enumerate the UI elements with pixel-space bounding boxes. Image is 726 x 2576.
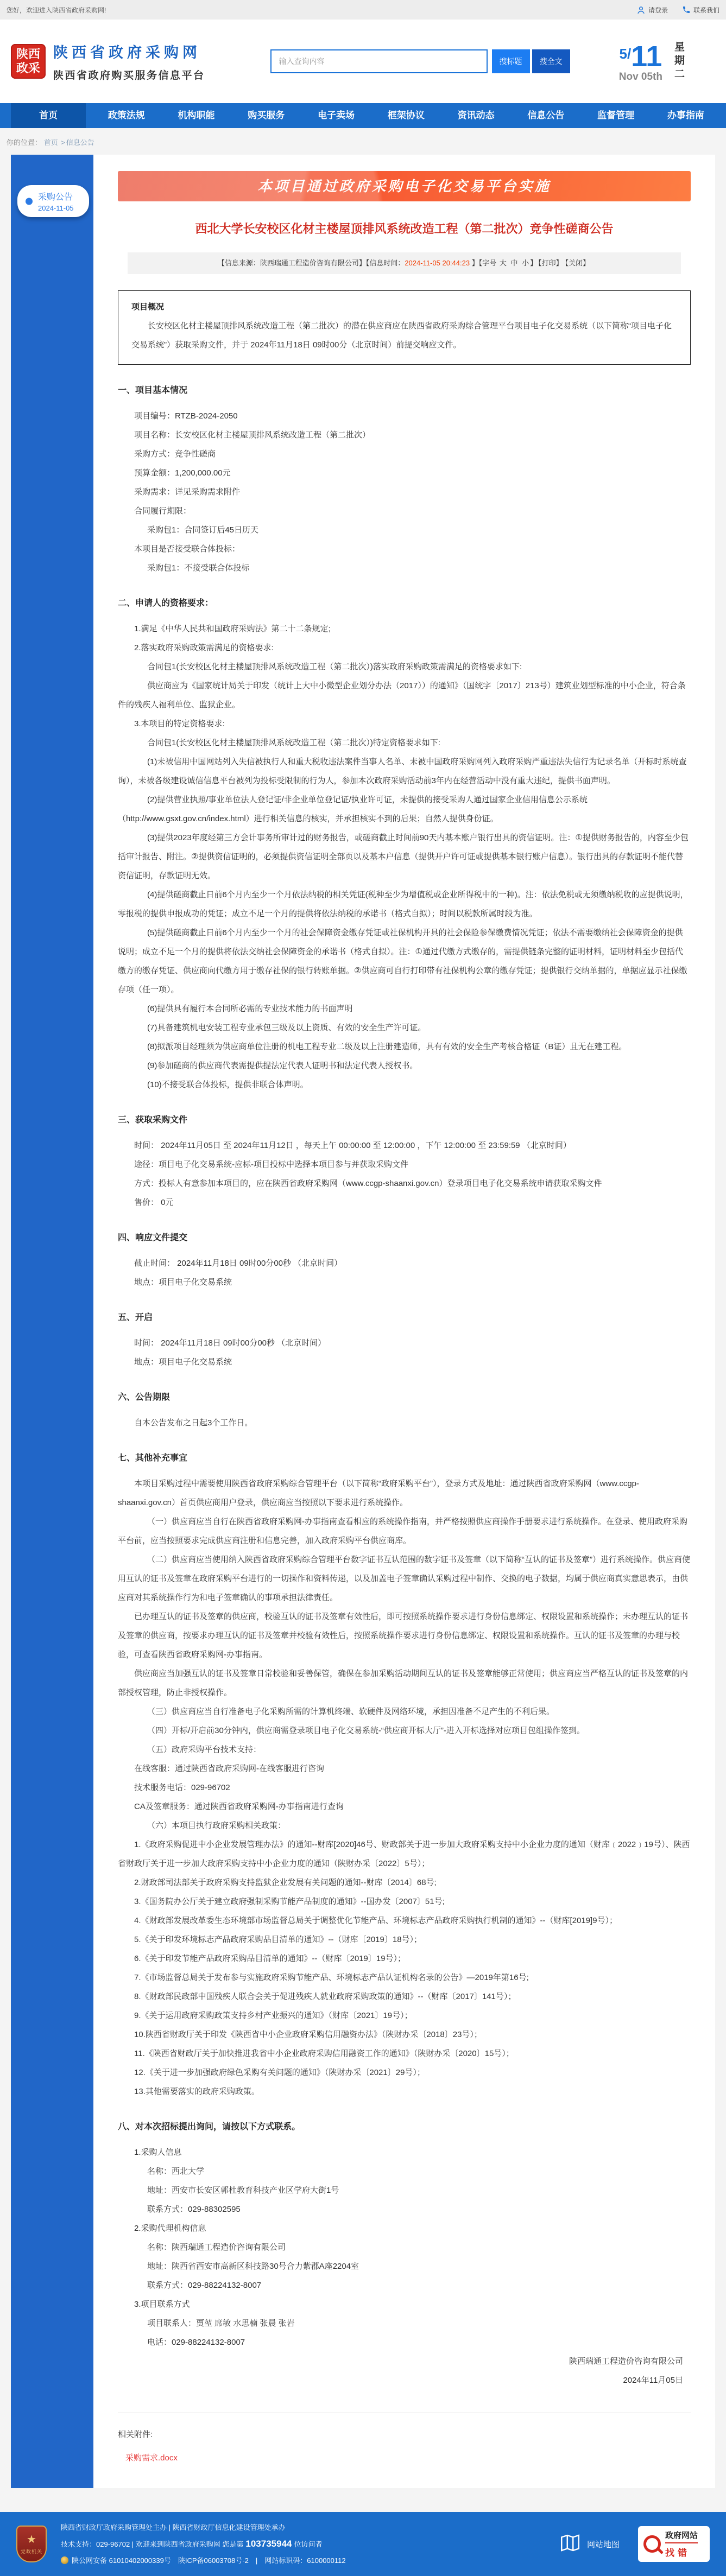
article-paragraph: 6.《关于印发节能产品政府采购品目清单的通知》--（财库〔2019〕19号）； [118,1949,691,1968]
article-paragraph: 1.满足《中华人民共和国政府采购法》第二十二条规定; [118,619,691,638]
article-paragraph: 联系方式：029-88302595 [118,2200,691,2219]
article-paragraph: 电话：029-88224132-8007 [118,2333,691,2352]
main-nav: 首页 政策法规 机构职能 购买服务 电子卖场 框架协议 资讯动态 信息公告 监督… [0,103,726,128]
overview-body: 长安校区化材主楼屋顶排风系统改造工程（第二批次）的潜在供应商应在陕西省政府采购综… [131,316,677,354]
website-error-report-badge[interactable]: 政府网站 找错 [638,2526,710,2562]
article-paragraph: 3.本项目的特定资格要求: [118,714,691,733]
article-paragraph: 2.财政部司法部关于政府采购支持监狱企业发展有关问题的通知--财库〔2014〕6… [118,1873,691,1892]
article-paragraph: (5)提供磋商截止日前6个月内至少一个月的社会保障资金缴存凭证或社保机构开具的社… [118,923,691,999]
article-paragraph: (6)提供具有履行本合同所必需的专业技术能力的书面声明 [118,999,691,1018]
article-paragraph: 10.陕西省财政厅关于印发《陕西省中小企业政府采购信用融资办法》（陕财办采〔20… [118,2025,691,2044]
date-widget: 5/11 Nov 05th 星期二 [619,40,715,83]
breadcrumb-home[interactable]: 首页 [44,138,58,147]
font-size-medium-button[interactable]: 中 [510,259,517,267]
article-paragraph: 截止时间： 2024年11月18日 09时00分00秒 （北京时间） [118,1254,691,1273]
article-paragraph: (3)提供2023年度经第三方会计事务所审计过的财务报告，或磋商截止时间前90天… [118,828,691,885]
nav-item[interactable]: 首页 [11,103,86,128]
article-paragraph: 地址：西安市长安区郭杜教育科技产业区学府大街1号 [118,2181,691,2200]
footer-organizer-line: 陕西省财政厅政府采购管理处主办 | 陕西省财政厅信息化建设管理处承办 [61,2520,346,2536]
footer-support-line: 技术支持：029-96702 | 欢迎来到陕西省政府采购网 您是第1037359… [61,2536,346,2553]
article-paragraph: 地址：陕西省西安市高新区科技路30号合力紫郡A座2204室 [118,2257,691,2276]
welcome-text: 您好，欢迎进入陕西省政府采购网! [7,5,106,15]
attachments-label: 相关附件: [118,2428,691,2440]
article-paragraph: 预算金额：1,200,000.00元 [118,464,691,483]
date-day: 11 [631,40,662,73]
article-paragraph: (8)拟派项目经理须为供应商单位注册的机电工程专业二级及以上注册建造师，具有有效… [118,1037,691,1056]
article-paragraph: 陕西瑞通工程造价咨询有限公司 [118,2352,691,2371]
article-paragraph: 9.《关于运用政府采购政策支持乡村产业振兴的通知》（财库〔2021〕19号）； [118,2006,691,2025]
breadcrumb-current[interactable]: 信息公告 [66,138,94,147]
article-paragraph: 六、公告期限 [118,1388,691,1407]
article-paragraph: 四、响应文件提交 [118,1228,691,1247]
search-input[interactable] [270,49,488,73]
announcement-body: 一、项目基本情况 项目编号：RTZB-2024-2050 项目名称：长安校区化材… [118,381,691,2390]
article-paragraph: 名称：陕西瑞通工程造价咨询有限公司 [118,2238,691,2257]
meta-source: 【信息来源：陕西瑞通工程造价咨询有限公司】【信息时间： [218,259,405,267]
article-paragraph: 售价： 0元 [118,1193,691,1212]
attachment-link[interactable]: 采购需求.docx [125,2452,178,2463]
date-month: 5/ [619,46,631,62]
article-paragraph: 供应商应为《国家统计局关于印发（统计上大中小微型企业划分办法（2017））的通知… [118,676,691,714]
announcement-panel: 本项目通过政府采购电子化交易平台实施 西北大学长安校区化材主楼屋顶排风系统改造工… [93,155,715,2488]
contact-link[interactable]: 联系我们 [682,5,719,15]
article-paragraph: 时间： 2024年11月18日 09时00分00秒 （北京时间） [118,1334,691,1353]
search-title-button[interactable]: 搜标题 [492,49,530,73]
visitor-count: 103735944 [245,2539,292,2549]
site-logo: 陕西 政采 [11,44,46,79]
date-english: Nov 05th [619,71,662,83]
article-paragraph: 二、申请人的资格要求： [118,594,691,613]
article-paragraph: (10)不接受联合体投标，提供非联合体声明。 [118,1075,691,1094]
overview-heading: 项目概况 [131,297,677,316]
breadcrumb-separator: > [61,138,65,147]
article-paragraph: 采购方式：竞争性磋商 [118,445,691,464]
nav-item[interactable]: 信息公告 [516,103,575,128]
article-paragraph: 采购包1：不接受联合体投标 [118,559,691,578]
article-paragraph: （三）供应商应当自行准备电子化采购所需的计算机终端、软硬件及网络环境，承担因准备… [118,1702,691,1721]
article-paragraph: 地点：项目电子化交易系统 [118,1273,691,1292]
article-paragraph: 13.其他需要落实的政府采购政策。 [118,2082,691,2101]
article-paragraph: 已办理互认的证书及签章的供应商，校验互认的证书及签章有效性后，即可按照系统操作要… [118,1607,691,1664]
font-size-large-button[interactable]: 大 [500,259,507,267]
nav-item[interactable]: 电子卖场 [307,103,365,128]
phone-icon [682,5,691,14]
article-paragraph: 途径：项目电子化交易系统-应标-项目投标中选择本项目参与并获取采购文件 [118,1155,691,1174]
article-paragraph: 合同履行期限： [118,502,691,521]
article-paragraph: 技术服务电话：029-96702 [118,1778,691,1797]
user-icon [636,5,646,15]
article-paragraph: （六）本项目执行政府采购相关政策： [118,1816,691,1835]
nav-item[interactable]: 框架协议 [377,103,435,128]
article-paragraph: 合同包1(长安校区化材主楼屋顶排风系统改造工程（第二批次）)特定资格要求如下: [118,733,691,752]
nav-item[interactable]: 监督管理 [586,103,645,128]
project-overview-box: 项目概况 长安校区化材主楼屋顶排风系统改造工程（第二批次）的潜在供应商应在陕西省… [118,290,691,365]
meta-time: 2024-11-05 20:44:23 [405,259,470,267]
article-paragraph: 1.《政府采购促进中小企业发展管理办法》的通知--财库[2020]46号、财政部… [118,1835,691,1873]
article-paragraph: (4)提供磋商截止日前6个月内至少一个月依法纳税的相关凭证(税种至少为增值税或企… [118,885,691,923]
close-button[interactable]: 【关闭】 [565,259,590,267]
site-subtitle: 陕西省政府购买服务信息平台 [53,67,205,82]
article-paragraph: 八、对本次招标提出询问，请按以下方式联系。 [118,2117,691,2136]
search-bar: 搜标题 搜全文 [270,49,570,73]
nav-item[interactable]: 办事指南 [656,103,715,128]
article-paragraph: 联系方式：029-88224132-8007 [118,2276,691,2295]
print-button[interactable]: 【打印】 [538,259,563,267]
article-paragraph: 3.项目联系方式 [118,2295,691,2314]
article-paragraph: 项目名称：长安校区化材主楼屋顶排风系统改造工程（第二批次） [118,426,691,445]
article-paragraph: 5.《关于印发环境标志产品政府采购品目清单的通知》--（财库〔2019〕18号）… [118,1930,691,1949]
article-paragraph: CA及签章服务：通过陕西省政府采购网-办事指南进行查询 [118,1797,691,1816]
article-paragraph: 4.《财政部发展改革委生态环境部市场监督总局关于调整优化节能产品、环境标志产品政… [118,1911,691,1930]
nav-item[interactable]: 政策法规 [97,103,156,128]
article-paragraph: 2.采购代理机构信息 [118,2219,691,2238]
article-paragraph: 项目联系人：贾堃 席敏 水思楠 张晨 张岩 [118,2314,691,2333]
article-paragraph: 七、其他补充事宜 [118,1449,691,1468]
article-paragraph: （五）政府采购平台技术支持： [118,1740,691,1759]
article-paragraph: (7)具备建筑机电安装工程专业承包三级及以上资质、有效的安全生产许可证。 [118,1018,691,1037]
magnifier-icon [643,2535,661,2553]
site-header: 陕西 政采 陕西省政府采购网 陕西省政府购买服务信息平台 搜标题 搜全文 5/1… [0,20,726,103]
map-icon [559,2531,582,2556]
article-paragraph: 采购包1：合同签订后45日历天 [118,521,691,540]
sitemap-link[interactable]: 网站地图 [559,2531,620,2556]
party-government-badge: ★ 党政机关 [16,2526,47,2562]
article-paragraph: (2)提供营业执照/事业单位法人登记证/非企业单位登记证/执业许可证，未提供的接… [118,790,691,828]
date-weekday: 星期二 [671,41,686,82]
article-paragraph: 在线客服：通过陕西省政府采购网-在线客服进行咨询 [118,1759,691,1778]
badge-emblem-icon: ★ [27,2534,36,2546]
article-paragraph: 2024年11月05日 [118,2371,691,2390]
article-paragraph: (1)未被信用中国网站列入失信被执行人和重大税收违法案件当事人名单、未被中国政府… [118,752,691,790]
article-paragraph: 1.采购人信息 [118,2143,691,2162]
site-footer: ★ 党政机关 陕西省财政厅政府采购管理处主办 | 陕西省财政厅信息化建设管理处承… [0,2512,726,2576]
nav-item[interactable]: 机构职能 [167,103,226,128]
article-paragraph: 2.落实政府采购政策需满足的资格要求: [118,638,691,657]
footer-registration-line: 陕公网安备 61010402000339号 陕ICP备06003708号-2 |… [61,2553,346,2569]
article-paragraph: 名称：西北大学 [118,2162,691,2181]
article-paragraph: 一、项目基本情况 [118,381,691,400]
article-meta-bar: 【信息来源：陕西瑞通工程造价咨询有限公司】【信息时间：2024-11-05 20… [128,252,681,274]
article-paragraph: 项目编号：RTZB-2024-2050 [118,407,691,426]
article-paragraph: 地点：项目电子化交易系统 [118,1353,691,1372]
article-paragraph: 采购需求：详见采购需求附件 [118,483,691,502]
article-paragraph: （一）供应商应当自行在陕西省政府采购网-办事指南查看相应的系统操作指南，并严格按… [118,1512,691,1550]
font-size-small-button[interactable]: 小 [522,259,529,267]
breadcrumb: 你的位置： 首页 >信息公告 [0,128,726,155]
article-paragraph: （二）供应商应当使用纳入陕西省政府采购综合管理平台数字证书互认范围的数字证书及签… [118,1550,691,1607]
article-paragraph: 12.《关于进一步加强政府绿色采购有关问题的通知》（陕财办采〔2021〕29号）… [118,2063,691,2082]
article-paragraph: 五、开启 [118,1308,691,1327]
article-paragraph: 时间： 2024年11月05日 至 2024年11月12日 ，每天上午 00:0… [118,1136,691,1155]
nav-item[interactable]: 资讯动态 [447,103,506,128]
article-paragraph: 三、获取采购文件 [118,1111,691,1130]
top-bar: 您好，欢迎进入陕西省政府采购网! 请登录 联系我们 [0,0,726,20]
article-paragraph: 11.《陕西省财政厅关于加快推进我省中小企业政府采购信用融资工作的通知》（陕财办… [118,2044,691,2063]
article-paragraph: 合同包1(长安校区化材主楼屋顶排风系统改造工程（第二批次）)落实政府采购政策需满… [118,657,691,676]
article-paragraph: （四）开标/开启前30分钟内，供应商需登录项目电子化交易系统-“供应商开标大厅”… [118,1721,691,1740]
police-badge-icon [61,2556,68,2564]
article-paragraph: 8.《财政部民政部中国残疾人联合会关于促进残疾人就业政府采购政策的通知》--（财… [118,1987,691,2006]
article-paragraph: 3.《国务院办公厅关于建立政府强制采购节能产品制度的通知》--国办发〔2007〕… [118,1892,691,1911]
article-paragraph: 本项目采购过程中需要使用陕西省政府采购综合管理平台（以下简称“政府采购平台”），… [118,1474,691,1512]
article-paragraph: 方式：投标人有意参加本项目的，应在陕西省政府采购网（www.ccgp-shaan… [118,1174,691,1193]
article-paragraph: 本项目是否接受联合体投标： [118,540,691,559]
article-paragraph: (9)参加磋商的供应商代表需提供提法定代表人证明书和法定代表人授权书。 [118,1056,691,1075]
article-paragraph: 供应商应当加强互认的证书及签章日常校验和妥善保管，确保在参加采购活动期间互认的证… [118,1664,691,1702]
e-trading-banner: 本项目通过政府采购电子化交易平台实施 [118,171,691,201]
article-paragraph: 7.《市场监督总局关于发布参与实施政府采购节能产品、环境标志产品认证机构名录的公… [118,1968,691,1987]
sidebar-tab-procurement-notice[interactable]: 采购公告 2024-11-05 [17,185,89,217]
announcement-title: 西北大学长安校区化材主楼屋顶排风系统改造工程（第二批次）竞争性磋商公告 [150,220,658,238]
site-title: 陕西省政府采购网 [53,41,205,62]
sidebar: 采购公告 2024-11-05 [11,155,93,2488]
nav-item[interactable]: 购买服务 [237,103,295,128]
attachments-section: 相关附件: 采购需求.docx [118,2413,691,2466]
search-fulltext-button[interactable]: 搜全文 [532,49,570,73]
article-paragraph: 自本公告发布之日起3个工作日。 [118,1413,691,1432]
login-link[interactable]: 请登录 [636,5,668,15]
